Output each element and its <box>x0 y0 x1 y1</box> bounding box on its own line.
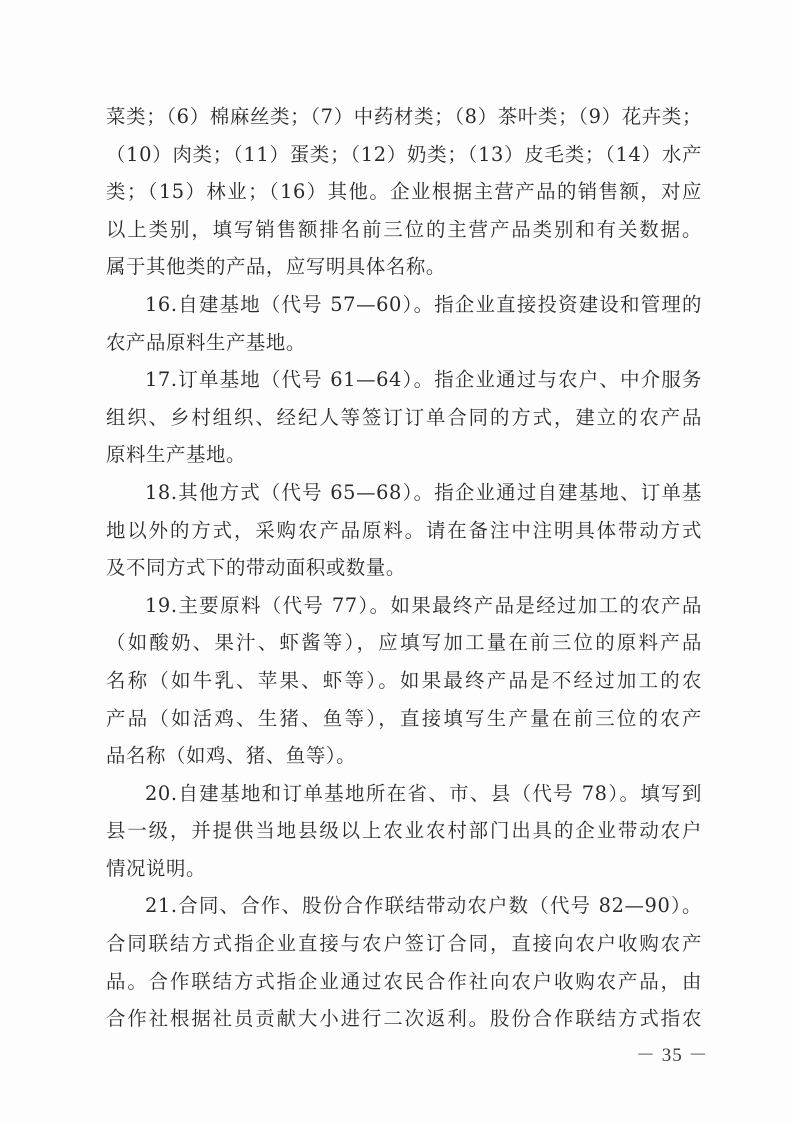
text-line: （10）肉类；（11）蛋类；（12）奶类；（13）皮毛类；（14）水产 <box>106 136 702 174</box>
text-line: （如酸奶、果汁、虾酱等），应填写加工量在前三位的原料产品 <box>106 624 702 662</box>
category-list-continuation: 菜类；（6）棉麻丝类；（7）中药材类；（8）茶叶类；（9）花卉类； （10）肉类… <box>106 98 702 286</box>
text-line: 类；（15）林业；（16）其他。企业根据主营产品的销售额，对应 <box>106 173 702 211</box>
text-line: 品名称（如鸡、猪、鱼等）。 <box>106 737 702 775</box>
text-line: 21.合同、合作、股份合作联结带动农户数（代号 82—90）。 <box>106 887 702 925</box>
text-line: 以上类别，填写销售额排名前三位的主营产品类别和有关数据。 <box>106 211 702 249</box>
text-line: 原料生产基地。 <box>106 436 702 474</box>
text-line: 属于其他类的产品，应写明具体名称。 <box>106 248 702 286</box>
text-line: 菜类；（6）棉麻丝类；（7）中药材类；（8）茶叶类；（9）花卉类； <box>106 98 702 136</box>
text-line: 产品（如活鸡、生猪、鱼等），直接填写生产量在前三位的农产 <box>106 700 702 738</box>
text-line: 县一级，并提供当地县级以上农业农村部门出具的企业带动农户 <box>106 812 702 850</box>
document-body: 菜类；（6）棉麻丝类；（7）中药材类；（8）茶叶类；（9）花卉类； （10）肉类… <box>106 98 702 1038</box>
item-21-linked-farmer-households: 21.合同、合作、股份合作联结带动农户数（代号 82—90）。 合同联结方式指企… <box>106 887 702 1037</box>
text-line: 合作社根据社员贡献大小进行二次返利。股份合作联结方式指农 <box>106 1000 702 1038</box>
text-line: 情况说明。 <box>106 850 702 888</box>
text-line: 17.订单基地（代号 61—64）。指企业通过与农户、中介服务 <box>106 361 702 399</box>
text-line: 合同联结方式指企业直接与农户签订合同，直接向农户收购农产 <box>106 925 702 963</box>
page-number: － 35 － <box>636 1040 709 1067</box>
text-line: 名称（如牛乳、苹果、虾等）。如果最终产品是不经过加工的农 <box>106 662 702 700</box>
text-line: 16.自建基地（代号 57—60）。指企业直接投资建设和管理的 <box>106 286 702 324</box>
text-line: 组织、乡村组织、经纪人等签订订单合同的方式，建立的农产品 <box>106 399 702 437</box>
text-line: 地以外的方式，采购农产品原料。请在备注中注明具体带动方式 <box>106 512 702 550</box>
text-line: 及不同方式下的带动面积或数量。 <box>106 549 702 587</box>
text-line: 农产品原料生产基地。 <box>106 324 702 362</box>
text-line: 20.自建基地和订单基地所在省、市、县（代号 78）。填写到 <box>106 775 702 813</box>
item-18-other-methods: 18.其他方式（代号 65—68）。指企业通过自建基地、订单基 地以外的方式，采… <box>106 474 702 587</box>
text-line: 19.主要原料（代号 77）。如果最终产品是经过加工的农产品 <box>106 587 702 625</box>
item-17-order-base: 17.订单基地（代号 61—64）。指企业通过与农户、中介服务 组织、乡村组织、… <box>106 361 702 474</box>
item-16-self-built-base: 16.自建基地（代号 57—60）。指企业直接投资建设和管理的 农产品原料生产基… <box>106 286 702 361</box>
item-20-base-location: 20.自建基地和订单基地所在省、市、县（代号 78）。填写到 县一级，并提供当地… <box>106 775 702 888</box>
item-19-main-raw-materials: 19.主要原料（代号 77）。如果最终产品是经过加工的农产品 （如酸奶、果汁、虾… <box>106 587 702 775</box>
text-line: 18.其他方式（代号 65—68）。指企业通过自建基地、订单基 <box>106 474 702 512</box>
text-line: 品。合作联结方式指企业通过农民合作社向农户收购农产品，由 <box>106 963 702 1001</box>
